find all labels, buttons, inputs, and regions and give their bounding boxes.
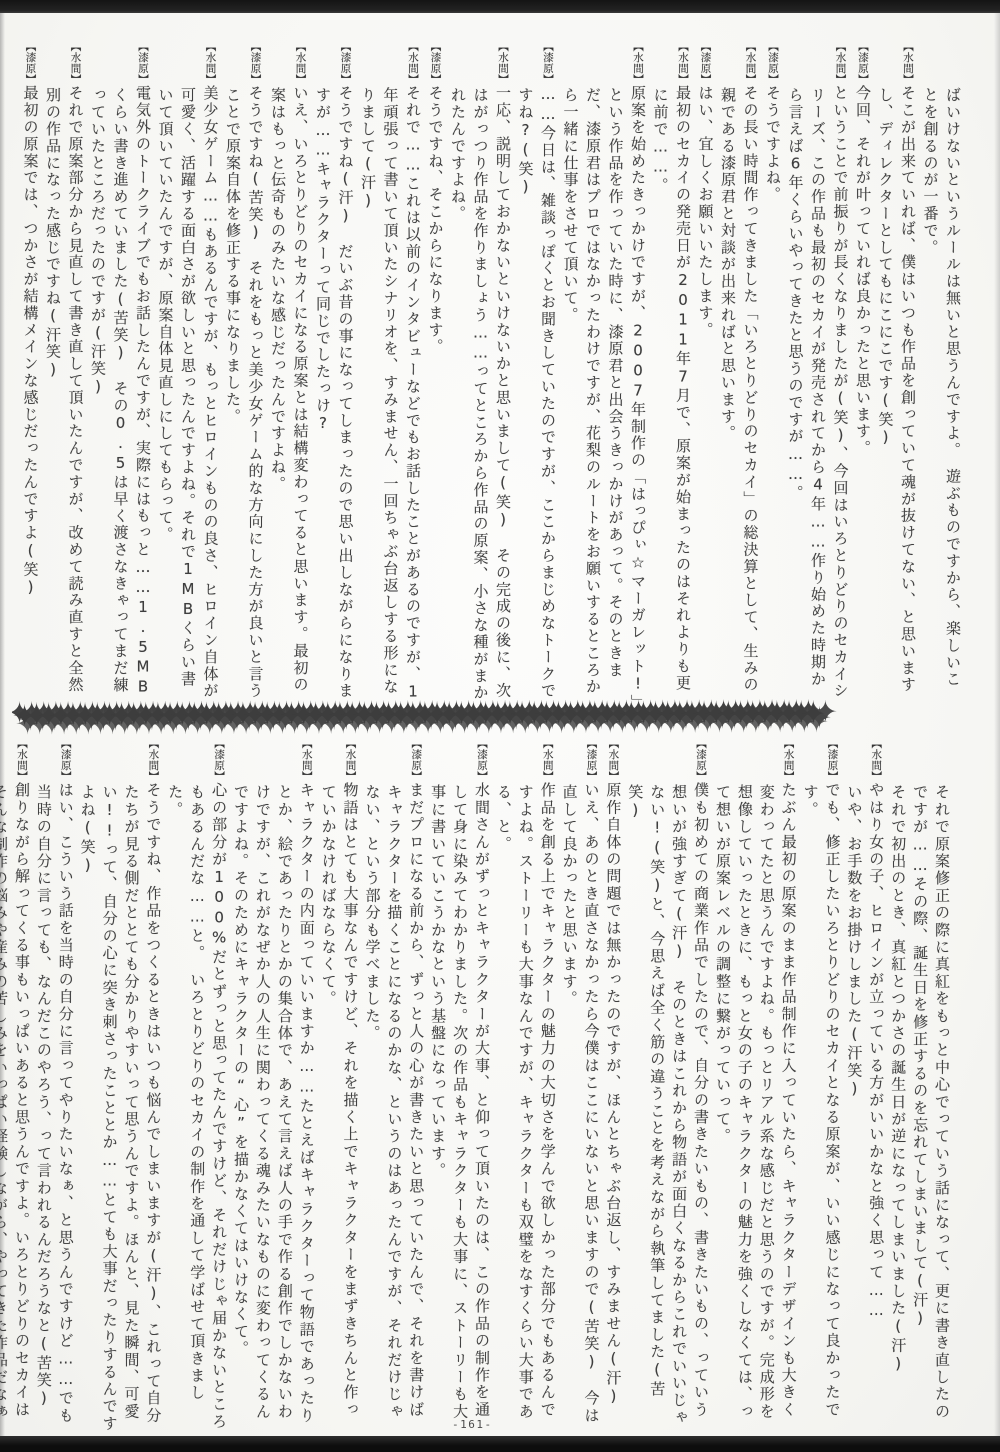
scanned-interview-page: { "page": { "number_label": "-161-", "la…: [0, 0, 1000, 1452]
speech-paragraph: 【水間】原作自体の問題では無かったのですが、ほんとちゃぶ台返し、すみません(汗): [602, 784, 624, 1434]
speaker-tag: 【漆原】: [60, 738, 72, 782]
speaker-tag: 【漆原】: [586, 738, 598, 782]
speech-text: そこが出来ていれば、僕はいつも作品を創っていて魂が抜けてない、と思いますし、ディ…: [877, 85, 918, 693]
bottom-interview-section: それで原案修正の際に真紅をもっと中心でっていう話になって、更に書き直したのですが…: [0, 740, 952, 1434]
speech-paragraph: 【水間】物語はとても大事なんですけど、それを描く上でキャラクターをまずきちんと作…: [317, 784, 361, 1434]
speech-text: それで原案修正の際に真紅をもっと中心でっていう話になって、更に書き直したのですが…: [889, 784, 951, 1420]
speaker-tag: 【漆原】: [137, 41, 149, 85]
speech-text: やはり女の子、ヒロインが立っている方がいいかなと強く思って…… いや、お手数をお…: [845, 782, 885, 1321]
speech-paragraph: 【漆原】水間さんがずっとキャラクターが大事、と仰って頂いたのは、この作品の制作を…: [426, 784, 492, 1434]
speech-text: それで原案部分から見直して書き直して頂いたんですが、改めて読み直すと全然別の作品…: [44, 85, 85, 693]
speech-paragraph: 【水間】たぶん最初の原案のまま作品制作に入っていたら、キャラクターデザインも大き…: [711, 784, 799, 1434]
divider-chain-ornament: ✦✦✦✦✦✦✦✦✦✦✦✦✦✦✦✦✦✦✦✦✦✦✦✦✦✦✦✦✦✦✦✦✦✦✦✦✦✦✦✦…: [12, 699, 813, 735]
speaker-tag: 【水間】: [16, 738, 28, 782]
speech-paragraph: 【水間】やはり女の子、ヒロインが立っている方がいいかなと強く思って…… いや、お…: [842, 784, 886, 1434]
speech-paragraph: 【水間】美少女ゲーム……もあるんですが、もっとヒロインものの良さ、ヒロイン自体が…: [154, 87, 222, 704]
speaker-tag: 【水間】: [607, 738, 619, 782]
speaker-tag: 【漆原】: [826, 738, 838, 782]
speech-text: そうですよね。: [764, 85, 782, 203]
speaker-tag: 【水間】: [783, 738, 795, 782]
speech-text: その長い時間作ってきました「いろとりどりのセカイ」の総決算として、生みの親である…: [719, 85, 760, 693]
speech-paragraph: 【漆原】はい、こういう話を当時の自分に言ってやりたいなぁ、と思うんですけど……で…: [32, 784, 76, 1434]
scan-bottom-black-band: [0, 1436, 1000, 1452]
speaker-tag: 【水間】: [345, 738, 357, 782]
speaker-tag: 【漆原】: [25, 41, 37, 85]
speaker-tag: 【水間】: [497, 41, 509, 85]
speech-paragraph: 【水間】原案を始めたきっかけですが、2007年制作の「はっぴぃ☆マーガレット!」…: [559, 87, 649, 704]
speech-text: 原作自体の問題では無かったのですが、ほんとちゃぶ台返し、すみません(汗): [604, 782, 622, 1407]
speech-paragraph: 【水間】そうですね、作品をつくるときはいつも悩んでしまいますが(汗)、これって自…: [76, 784, 164, 1434]
speech-text: はい、こういう話を当時の自分に言ってやりたいなぁ、と思うんですけど……でも当時の…: [35, 782, 75, 1424]
speaker-tag: 【水間】: [147, 738, 159, 782]
speaker-tag: 【水間】: [295, 41, 307, 85]
speech-text: 今回、それが叶っていれば良かったと思います。: [854, 85, 872, 457]
speech-text: 僕も初めての商業作品でしたので、自分の書きたいもの、書きたいもの、っていう想いが…: [626, 782, 710, 1426]
speech-text: 水間さんがずっとキャラクターが大事、と仰って頂いたのは、この作品の制作を通して身…: [429, 782, 491, 1420]
speech-paragraph: ばいけないというルールは無いと思うんですよ。 遊ぶものですから、楽しいことを創る…: [919, 87, 964, 704]
speech-paragraph: 【水間】その長い時間作ってきました「いろとりどりのセカイ」の総決算として、生みの…: [717, 87, 762, 704]
speaker-tag: 【水間】: [205, 41, 217, 85]
section-divider: ✦✦✦✦✦✦✦✦✦✦✦✦✦✦✦✦✦✦✦✦✦✦✦✦✦✦✦✦✦✦✦✦✦✦✦✦✦✦✦✦…: [12, 699, 968, 738]
speech-paragraph: 【漆原】そうですね(苦笑) それをもっと美少女ゲーム的な方向にした方が良いと言う…: [222, 87, 267, 704]
speech-paragraph: 【水間】創りながら解ってくる事もいっぱいあると思うんですよ。いろとりどりのセカイ…: [0, 784, 32, 1434]
scan-right-edge-shadow: [994, 13, 1000, 1436]
speech-text: 心の部分が100%だとずっと思ってたんですけど、それだけじゃ届かないところもある…: [166, 782, 228, 1430]
speech-text: いえ、いろとりどりのセカイになる原案とは結構変わってると思います。最初の案はもっ…: [269, 85, 310, 693]
speaker-tag: 【水間】: [835, 41, 847, 85]
speech-paragraph: 【水間】最初のセカイの発売日が2011年7月で、原案が始まったのはそれよりも更に…: [649, 87, 694, 704]
speech-text: いえ、あのとき直さなかったら今僕はここにいないと思いますので(苦笑) 今は直して…: [561, 782, 601, 1424]
speaker-tag: 【漆原】: [430, 41, 442, 85]
speech-paragraph: 【水間】それで原案部分から見直して書き直して頂いたんですが、改めて読み直すと全然…: [42, 87, 87, 704]
speech-paragraph: 【漆原】でも、修正したいろとりどりのセカイとなる原案が、いい感じになって良かった…: [799, 784, 843, 1434]
speech-paragraph: 【漆原】はい、宜しくお願いいたします。: [694, 87, 717, 704]
speech-paragraph: 【水間】ということで前振りが長くなりましたが(笑)、今回はいろとりどりのセカイシ…: [784, 87, 852, 704]
speaker-tag: 【漆原】: [767, 41, 779, 85]
speaker-tag: 【水間】: [70, 41, 82, 85]
speaker-tag: 【水間】: [542, 738, 554, 782]
speech-text: 作品を創る上でキャラクターの魅力の大切さを学んで欲しかった部分でもあるんですよね…: [495, 782, 557, 1420]
speech-paragraph: 【漆原】まだプロになる前から、ずっと人の心が書きたいと思っていたんで、それを書け…: [361, 784, 427, 1434]
speech-text: たぶん最初の原案のまま作品制作に入っていたら、キャラクターデザインも大きく変わっ…: [714, 782, 798, 1420]
scan-top-black-band: [0, 0, 1000, 13]
speech-text: そうですね(汗) だいぶ昔の事になってしまったので思い出しながらになりますが………: [314, 85, 355, 699]
speech-paragraph: 【漆原】心の部分が100%だとずっと思ってたんですけど、それだけじゃ届かないとこ…: [163, 784, 229, 1434]
speech-paragraph: 【水間】作品を創る上でキャラクターの魅力の大切さを学んで欲しかった部分でもあるん…: [492, 784, 558, 1434]
speech-paragraph: 【水間】そこが出来ていれば、僕はいつも作品を創っていて魂が抜けてない、と思います…: [874, 87, 919, 704]
speaker-tag: 【水間】: [301, 738, 313, 782]
speech-text: まだプロになる前から、ずっと人の心が書きたいと思っていたんで、それを書けばキャラ…: [363, 782, 425, 1420]
speech-text: 最初の原案では、つかさが結構メインな感じだったんですよ(笑): [22, 85, 40, 598]
speech-paragraph: 【漆原】僕も初めての商業作品でしたので、自分の書きたいもの、書きたいもの、ってい…: [623, 784, 711, 1434]
speech-paragraph: 【水間】キャラクターの内面っていいますか……たとえばキャラクターって物語であった…: [229, 784, 317, 1434]
speech-text: 最初のセカイの発売日が2011年7月で、原案が始まったのはそれよりも更に前で………: [652, 85, 693, 692]
speech-paragraph: 【漆原】……今日は、雑談っぽくとお聞きしていたのですが、ここからまじめなトークで…: [514, 87, 559, 704]
speech-text: 原案を始めたきっかけですが、2007年制作の「はっぴぃ☆マーガレット!」という作…: [562, 85, 648, 704]
speech-text: ばいけないというルールは無いと思うんですよ。 遊ぶものですから、楽しいことを創る…: [922, 87, 963, 688]
speech-text: ということで前振りが長くなりましたが(笑)、今回はいろとりどりのセカイシリーズ、…: [787, 85, 850, 699]
speech-paragraph: 【漆原】電気外のトークライブでもお話したんですが、実際にはもっと……1.5MBく…: [87, 87, 155, 704]
speaker-tag: 【漆原】: [695, 738, 707, 782]
speaker-tag: 【漆原】: [542, 41, 554, 85]
speech-paragraph: 【水間】それで……これは以前のインタビューなどでもお話したことがあるのですが、1…: [357, 87, 425, 704]
speech-paragraph: 【漆原】そうですね(汗) だいぶ昔の事になってしまったので思い出しながらになりま…: [312, 87, 357, 704]
speaker-tag: 【漆原】: [857, 41, 869, 85]
speech-text: はい、宜しくお願いいたします。: [697, 85, 715, 339]
speech-text: そうですね、そこからになります。: [427, 85, 445, 355]
top-interview-section: ばいけないというルールは無いと思うんですよ。 遊ぶものですから、楽しいことを創る…: [19, 40, 964, 704]
speech-text: 電気外のトークライブでもお話したんですが、実際にはもっと……1.5MBくらい書き…: [89, 85, 152, 698]
speaker-tag: 【水間】: [407, 41, 419, 85]
speech-text: 物語はとても大事なんですけど、それを描く上でキャラクターをまずきちんと作っていか…: [320, 782, 360, 1418]
speech-paragraph: 【漆原】そうですね、そこからになります。: [424, 87, 447, 704]
speaker-tag: 【水間】: [745, 41, 757, 85]
speech-text: それで……これは以前のインタビューなどでもお話したことがあるのですが、1年頑張っ…: [359, 85, 422, 702]
speaker-tag: 【漆原】: [250, 41, 262, 85]
speech-paragraph: それで原案修正の際に真紅をもっと中心でっていう話になって、更に書き直したのですが…: [886, 784, 952, 1434]
speaker-tag: 【水間】: [677, 41, 689, 85]
speech-paragraph: 【漆原】最初の原案では、つかさが結構メインな感じだったんですよ(笑): [19, 87, 42, 704]
speaker-tag: 【漆原】: [340, 41, 352, 85]
speaker-tag: 【漆原】: [213, 738, 225, 782]
speaker-tag: 【水間】: [902, 41, 914, 85]
speech-text: そうですね(苦笑) それをもっと美少女ゲーム的な方向にした方が良いと言うことで原…: [224, 85, 265, 699]
speech-text: ……今日は、雑談っぽくとお聞きしていたのですが、ここからまじめなトークですね?(…: [517, 85, 558, 699]
speaker-tag: 【水間】: [870, 738, 882, 782]
speech-text: キャラクターの内面っていいますか……たとえばキャラクターって物語であったりとか、…: [232, 782, 316, 1424]
speech-text: 美少女ゲーム……もあるんですが、もっとヒロインものの良さ、ヒロイン自体が可愛く、…: [157, 85, 220, 699]
speaker-tag: 【水間】: [632, 41, 644, 85]
speaker-tag: 【漆原】: [476, 738, 488, 782]
speech-paragraph: 【漆原】いえ、あのとき直さなかったら今僕はここにいないと思いますので(苦笑) 今…: [558, 784, 602, 1434]
speech-text: 一応、説明しておかないといけないかと思いまして(笑) その完成の後に、次はがっつ…: [449, 85, 512, 701]
speech-paragraph: 【漆原】今回、それが叶っていれば良かったと思います。: [852, 87, 875, 704]
speech-paragraph: 【水間】いえ、いろとりどりのセカイになる原案とは結構変わってると思います。最初の…: [267, 87, 312, 704]
speaker-tag: 【漆原】: [410, 738, 422, 782]
speech-text: 創りながら解ってくる事もいっぱいあると思うんですよ。いろとりどりのセカイはそんな…: [0, 782, 31, 1420]
speech-paragraph: 【水間】一応、説明しておかないといけないかと思いまして(笑) その完成の後に、次…: [447, 87, 515, 704]
page-number: -161-: [452, 1418, 493, 1431]
speech-text: でも、修正したいろとりどりのセカイとなる原案が、いい感じになって良かったです。: [802, 782, 842, 1418]
speaker-tag: 【漆原】: [700, 41, 712, 85]
speech-paragraph: 【漆原】そうですよね。: [762, 87, 785, 704]
speech-text: そうですね、作品をつくるときはいつも悩んでしまいますが(汗)、これって自分たちが…: [79, 782, 163, 1432]
